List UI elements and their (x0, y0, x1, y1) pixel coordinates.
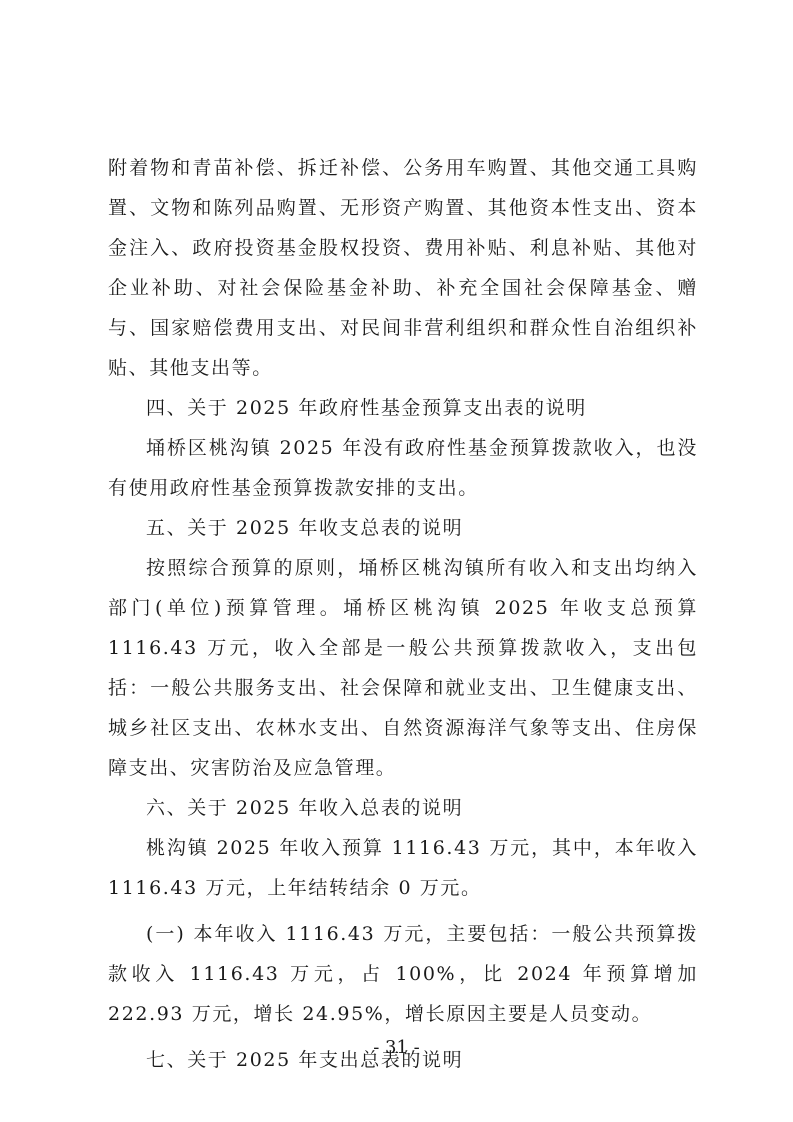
page-number: - 31 - (0, 1037, 793, 1058)
paragraph-section-5: 按照综合预算的原则，埇桥区桃沟镇所有收入和支出均纳入部门(单位)预算管理。埇桥区… (108, 548, 698, 788)
section-heading-5: 五、关于 2025 年收支总表的说明 (108, 508, 698, 548)
section-heading-6: 六、关于 2025 年收入总表的说明 (108, 788, 698, 828)
paragraph-continuation: 附着物和青苗补偿、拆迁补偿、公务用车购置、其他交通工具购置、文物和陈列品购置、无… (108, 148, 698, 388)
document-page: 附着物和青苗补偿、拆迁补偿、公务用车购置、其他交通工具购置、文物和陈列品购置、无… (108, 148, 698, 1080)
paragraph-section-4: 埇桥区桃沟镇 2025 年没有政府性基金预算拨款收入，也没有使用政府性基金预算拨… (108, 428, 698, 508)
paragraph-section-6: 桃沟镇 2025 年收入预算 1116.43 万元，其中，本年收入 1116.4… (108, 828, 698, 908)
paragraph-section-6-sub1: (一) 本年收入 1116.43 万元，主要包括：一般公共预算拨款收入 1116… (108, 914, 698, 1034)
section-heading-4: 四、关于 2025 年政府性基金预算支出表的说明 (108, 388, 698, 428)
